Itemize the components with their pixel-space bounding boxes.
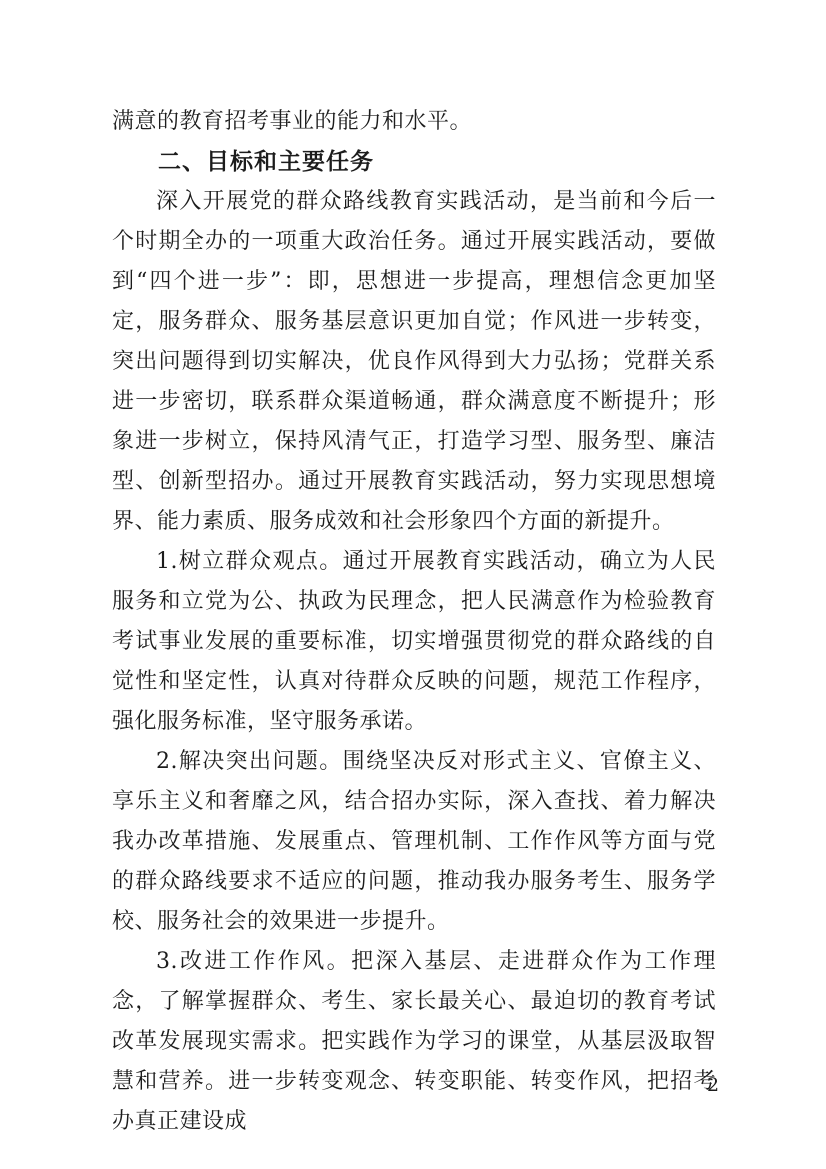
paragraph-task-3: 3.改进工作作风。把深入基层、走进群众作为工作理念，了解掌握群众、考生、家长最关… xyxy=(112,942,716,1142)
paragraph-task-1: 1.树立群众观点。通过开展教育实践活动，确立为人民服务和立党为公、执政为民理念，… xyxy=(112,542,716,742)
document-body: 满意的教育招考事业的能力和水平。 二、目标和主要任务 深入开展党的群众路线教育实… xyxy=(112,102,716,1142)
document-page: 满意的教育招考事业的能力和水平。 二、目标和主要任务 深入开展党的群众路线教育实… xyxy=(0,0,826,1169)
section-heading: 二、目标和主要任务 xyxy=(112,142,716,182)
paragraph-overview: 深入开展党的群众路线教育实践活动，是当前和今后一个时期全办的一项重大政治任务。通… xyxy=(112,182,716,542)
page-number: 2 xyxy=(698,1072,728,1098)
paragraph-continued: 满意的教育招考事业的能力和水平。 xyxy=(112,102,716,142)
paragraph-task-2: 2.解决突出问题。围绕坚决反对形式主义、官僚主义、享乐主义和奢靡之风，结合招办实… xyxy=(112,742,716,942)
